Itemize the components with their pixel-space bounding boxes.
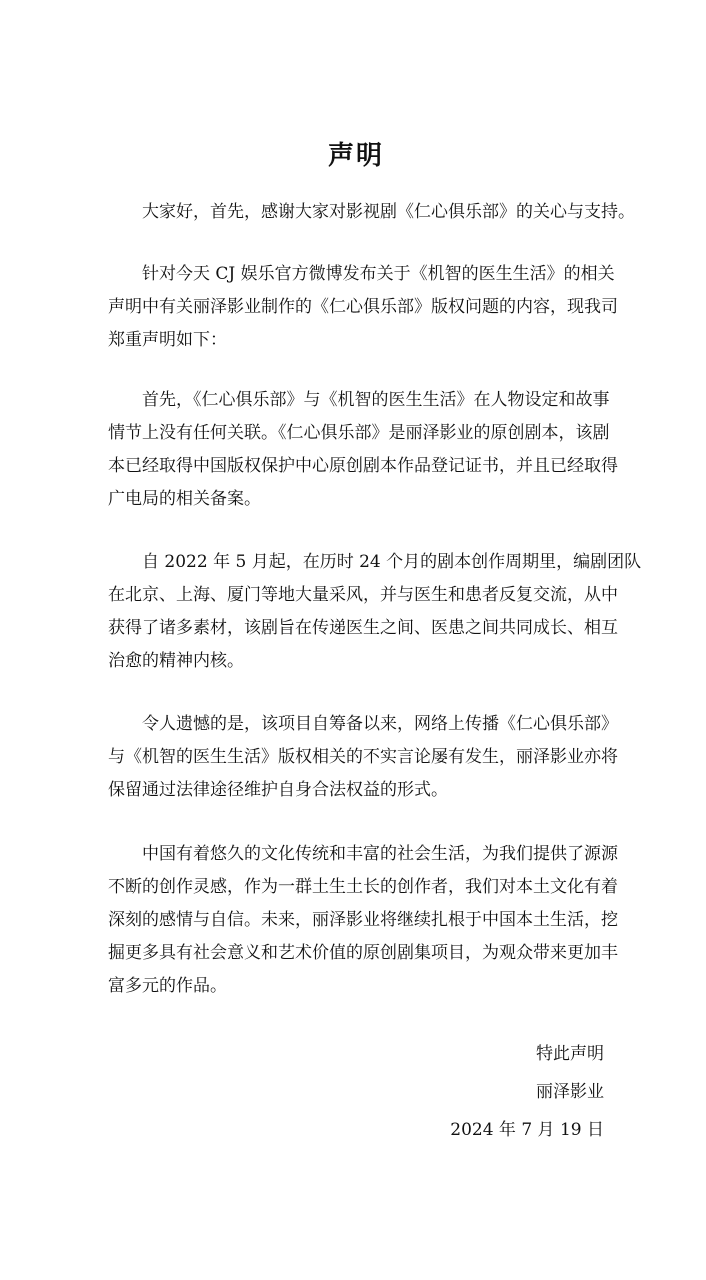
text-line: 自 2022 年 5 月起，在历时 24 个月的剧本创作周期里，编剧团队 [108,546,604,579]
text-line: 大家好，首先，感谢大家对影视剧《仁心俱乐部》的关心与支持。 [108,196,604,229]
signature-date: 2024 年 7 月 19 日 [450,1114,604,1147]
signature-company: 丽泽影业 [536,1076,604,1109]
text-line: 不断的创作灵感，作为一群土生土长的创作者，我们对本土文化有着 [108,871,604,904]
paragraph-creation-history: 自 2022 年 5 月起，在历时 24 个月的剧本创作周期里，编剧团队 在北京… [108,546,604,678]
paragraph-legal: 令人遗憾的是，该项目自筹备以来，网络上传播《仁心俱乐部》 与《机智的医生生活》版… [108,708,604,807]
text-line: 针对今天 CJ 娱乐官方微博发布关于《机智的医生生活》的相关 [108,258,604,291]
text-line: 在北京、上海、厦门等地大量采风，并与医生和患者反复交流，从中 [108,579,604,612]
text-line: 与《机智的医生生活》版权相关的不实言论屡有发生，丽泽影业亦将 [108,741,604,774]
text-line: 保留通过法律途径维护自身合法权益的形式。 [108,774,604,807]
page-title: 声明 [108,138,604,174]
text-line: 声明中有关丽泽影业制作的《仁心俱乐部》版权问题的内容，现我司 [108,291,604,324]
signature-closing: 特此声明 [536,1038,604,1071]
text-line: 本已经取得中国版权保护中心原创剧本作品登记证书，并且已经取得 [108,450,604,483]
text-line: 首先，《仁心俱乐部》与《机智的医生生活》在人物设定和故事 [108,384,604,417]
text-line: 广电局的相关备案。 [108,483,604,516]
text-line: 掘更多具有社会意义和艺术价值的原创剧集项目，为观众带来更加丰 [108,937,604,970]
paragraph-originality: 首先，《仁心俱乐部》与《机智的医生生活》在人物设定和故事 情节上没有任何关联。《… [108,384,604,516]
text-line: 郑重声明如下： [108,324,604,357]
text-line: 治愈的精神内核。 [108,645,604,678]
text-line: 富多元的作品。 [108,970,604,1003]
text-line: 获得了诸多素材，该剧旨在传递医生之间、医患之间共同成长、相互 [108,612,604,645]
text-line: 深刻的感情与自信。未来，丽泽影业将继续扎根于中国本土生活，挖 [108,904,604,937]
paragraph-context: 针对今天 CJ 娱乐官方微博发布关于《机智的医生生活》的相关 声明中有关丽泽影业… [108,258,604,357]
text-line: 情节上没有任何关联。《仁心俱乐部》是丽泽影业的原创剧本，该剧 [108,417,604,450]
text-line: 中国有着悠久的文化传统和丰富的社会生活，为我们提供了源源 [108,838,604,871]
paragraph-greeting: 大家好，首先，感谢大家对影视剧《仁心俱乐部》的关心与支持。 [108,196,604,229]
paragraph-future: 中国有着悠久的文化传统和丰富的社会生活，为我们提供了源源 不断的创作灵感，作为一… [108,838,604,1003]
text-line: 令人遗憾的是，该项目自筹备以来，网络上传播《仁心俱乐部》 [108,708,604,741]
